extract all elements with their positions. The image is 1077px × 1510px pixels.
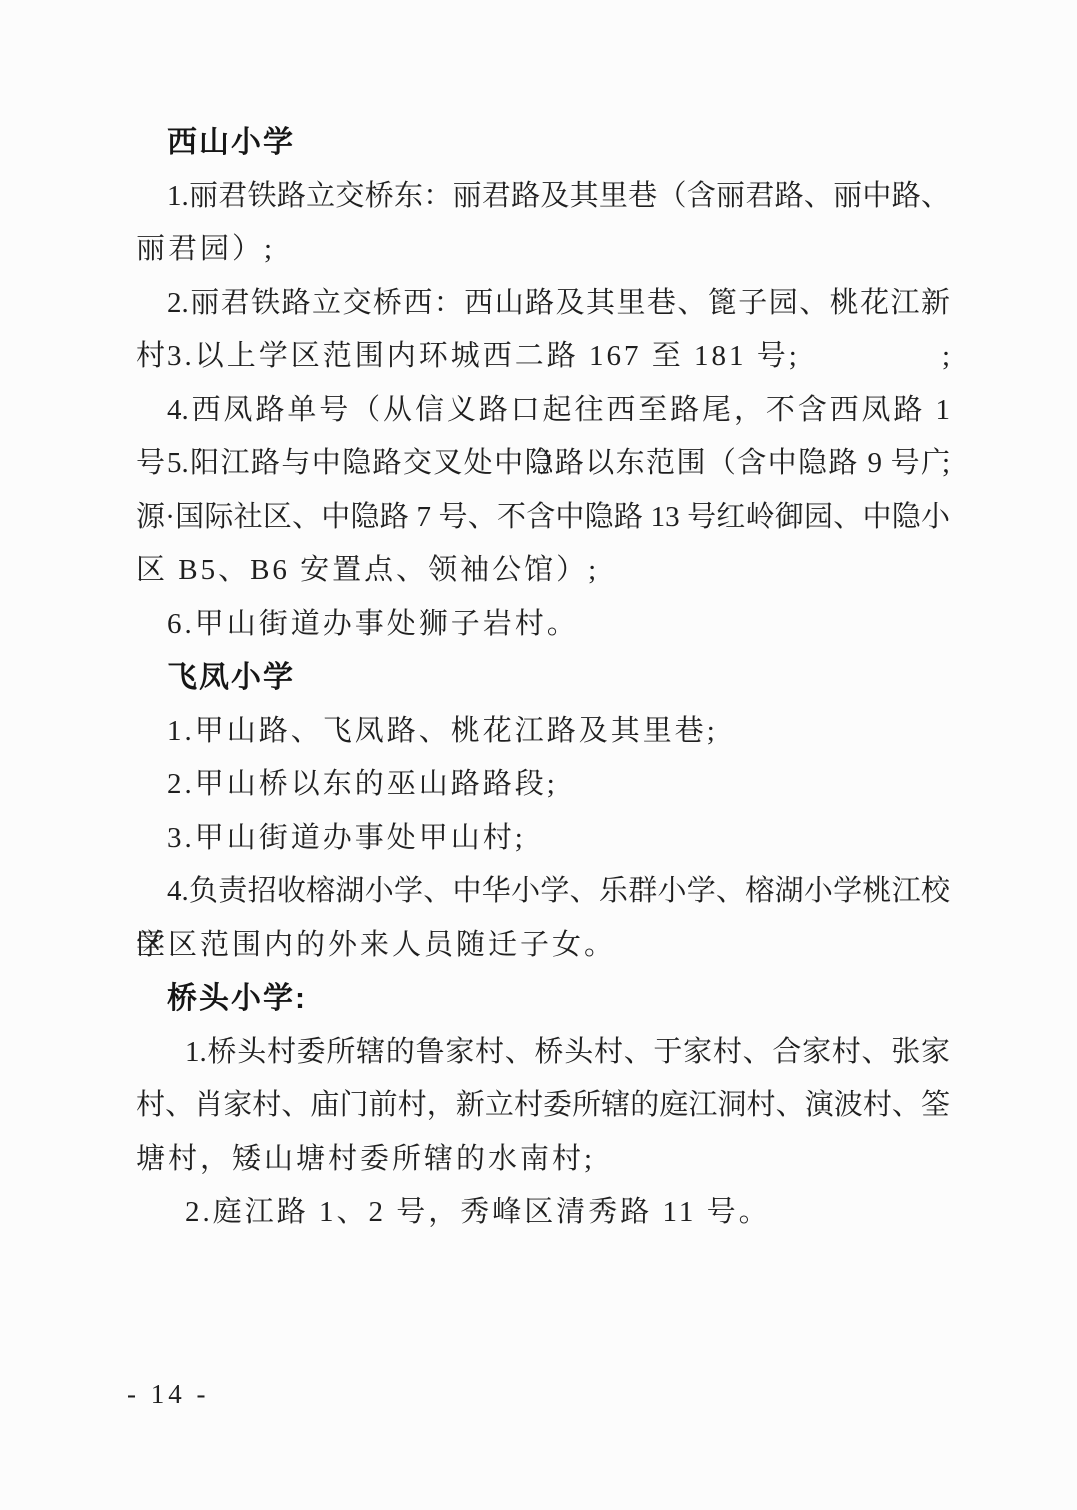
text-line: 6.甲山街道办事处狮子岩村。 bbox=[136, 598, 950, 652]
text-line: 4.西凤路单号（从信义路口起往西至路尾，不含西凤路 1 号）; bbox=[136, 384, 950, 438]
text-line: 3.甲山街道办事处甲山村; bbox=[136, 812, 950, 866]
text-line: 源·国际社区、中隐路 7 号、不含中隐路 13 号红岭御园、中隐小 bbox=[136, 491, 950, 545]
paragraph: 4.负责招收榕湖小学、中华小学、乐群小学、榕湖小学桃江校区 学区范围内的外来人员… bbox=[136, 865, 950, 972]
paragraph: 2.丽君铁路立交桥西：西山路及其里巷、篦子园、桃花江新村; bbox=[136, 277, 950, 331]
paragraph: 2.庭江路 1、2 号，秀峰区清秀路 11 号。 bbox=[136, 1186, 950, 1240]
paragraph: 4.西凤路单号（从信义路口起往西至路尾，不含西凤路 1 号）; bbox=[136, 384, 950, 438]
section-heading: 飞凤小学 bbox=[136, 651, 950, 705]
text-line: 2.庭江路 1、2 号，秀峰区清秀路 11 号。 bbox=[136, 1186, 950, 1240]
section-heading: 桥头小学: bbox=[136, 972, 950, 1026]
text-line: 塘村，矮山塘村委所辖的水南村; bbox=[136, 1133, 950, 1187]
page-content: 西山小学 1.丽君铁路立交桥东：丽君路及其里巷（含丽君路、丽中路、 丽君园）; … bbox=[136, 116, 950, 1240]
paragraph: 5.阳江路与中隐路交叉处中隐路以东范围（含中隐路 9 号广 源·国际社区、中隐路… bbox=[136, 437, 950, 598]
section-heading: 西山小学 bbox=[136, 116, 950, 170]
section-qiaotou-primary: 桥头小学: 1.桥头村委所辖的鲁家村、桥头村、于家村、合家村、张家 村、肖家村、… bbox=[136, 972, 950, 1240]
paragraph: 1.桥头村委所辖的鲁家村、桥头村、于家村、合家村、张家 村、肖家村、庙门前村，新… bbox=[136, 1026, 950, 1187]
text-line: 2.丽君铁路立交桥西：西山路及其里巷、篦子园、桃花江新村; bbox=[136, 277, 950, 331]
text-line: 村、肖家村、庙门前村，新立村委所辖的庭江洞村、演波村、筌 bbox=[136, 1079, 950, 1133]
paragraph: 1.丽君铁路立交桥东：丽君路及其里巷（含丽君路、丽中路、 丽君园）; bbox=[136, 170, 950, 277]
paragraph: 2.甲山桥以东的巫山路路段; bbox=[136, 758, 950, 812]
text-line: 4.负责招收榕湖小学、中华小学、乐群小学、榕湖小学桃江校区 bbox=[136, 865, 950, 919]
text-line: 5.阳江路与中隐路交叉处中隐路以东范围（含中隐路 9 号广 bbox=[136, 437, 950, 491]
text-line: 丽君园）; bbox=[136, 223, 950, 277]
text-line: 1.丽君铁路立交桥东：丽君路及其里巷（含丽君路、丽中路、 bbox=[136, 170, 950, 224]
section-feifeng-primary: 飞凤小学 1.甲山路、飞凤路、桃花江路及其里巷; 2.甲山桥以东的巫山路路段; … bbox=[136, 651, 950, 972]
text-line: 学区范围内的外来人员随迁子女。 bbox=[136, 919, 950, 973]
paragraph: 3.甲山街道办事处甲山村; bbox=[136, 812, 950, 866]
page-number: - 14 - bbox=[127, 1379, 209, 1410]
paragraph: 1.甲山路、飞凤路、桃花江路及其里巷; bbox=[136, 705, 950, 759]
document-page: 西山小学 1.丽君铁路立交桥东：丽君路及其里巷（含丽君路、丽中路、 丽君园）; … bbox=[0, 0, 1077, 1510]
text-line: 1.甲山路、飞凤路、桃花江路及其里巷; bbox=[136, 705, 950, 759]
paragraph: 6.甲山街道办事处狮子岩村。 bbox=[136, 598, 950, 652]
text-line: 2.甲山桥以东的巫山路路段; bbox=[136, 758, 950, 812]
section-xishan-primary: 西山小学 1.丽君铁路立交桥东：丽君路及其里巷（含丽君路、丽中路、 丽君园）; … bbox=[136, 116, 950, 651]
text-line: 区 B5、B6 安置点、领袖公馆）; bbox=[136, 544, 950, 598]
text-line: 1.桥头村委所辖的鲁家村、桥头村、于家村、合家村、张家 bbox=[136, 1026, 950, 1080]
